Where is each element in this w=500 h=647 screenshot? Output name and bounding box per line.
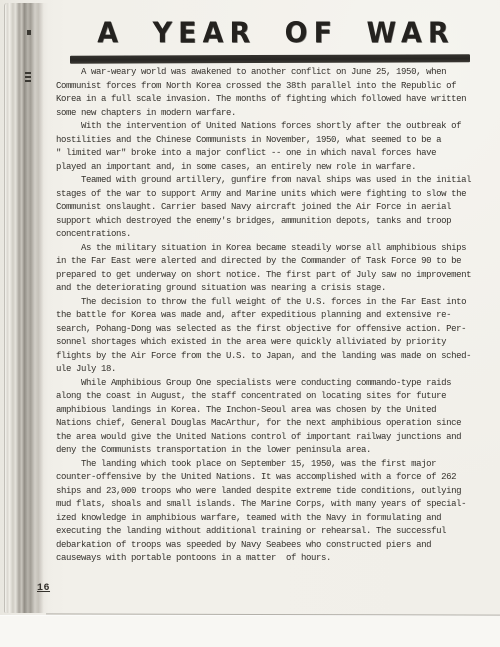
page-title: A YEAR OF WAR [60,17,492,49]
binding-mark [27,30,31,35]
binding-mark [25,72,31,83]
paragraph: While Amphibious Group One specialists w… [56,377,472,458]
page-number: 16 [37,583,50,594]
paragraph: As the military situation in Korea becam… [56,242,472,296]
scanned-page: A YEAR OF WAR A war-weary world was awak… [0,0,500,647]
scanner-background [0,616,500,647]
paragraph: The landing which took place on Septembe… [56,458,472,566]
binding-edge [4,3,49,613]
title-rule [70,54,470,63]
paragraph: The decision to throw the full weight of… [56,296,472,377]
paragraph: Teamed with ground artillery, gunfire fr… [56,174,472,242]
title-row: A YEAR OF WAR [60,18,492,49]
paragraph: A war-weary world was awakened to anothe… [56,66,472,120]
body-text: A war-weary world was awakened to anothe… [56,66,472,566]
paragraph: With the intervention of United Nations … [56,120,472,174]
